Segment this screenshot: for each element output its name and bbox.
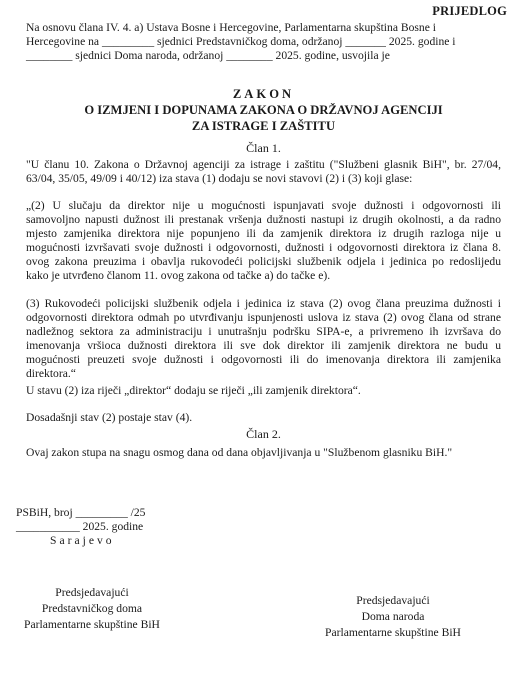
signature-line: Parlamentarne skupštine BiH: [322, 625, 464, 641]
article-1-intro: "U članu 10. Zakona o Državnoj agenciji …: [26, 158, 501, 186]
paragraph-3: (3) Rukovodeći policijski službenik odje…: [26, 297, 501, 381]
text-line: odgovornosti direktora odmah po utvrđiva…: [26, 311, 501, 325]
preamble: Na osnovu člana IV. 4. a) Ustava Bosne i…: [26, 21, 496, 63]
preamble-line: ________ sjednici Doma naroda, održanoj …: [26, 49, 496, 63]
amendment-text: U stavu (2) iza riječi „direktor“ dodaju…: [26, 384, 501, 398]
signature-line: Predsjedavajući: [18, 585, 166, 601]
signature-line: Parlamentarne skupštine BiH: [18, 617, 166, 633]
reference-number: PSBiH, broj _________ /25: [16, 506, 145, 520]
text-line: nadležnog sektora za administraciju i un…: [26, 325, 501, 339]
article-2-heading: Član 2.: [0, 427, 527, 441]
signature-line: Predsjedavajući: [322, 593, 464, 609]
renumber-text: Dosadašnji stav (2) postaje stav (4).: [26, 411, 501, 425]
text-line: „(2) U slučaju da direktor nije u mogućn…: [26, 199, 501, 213]
text-line: samovoljno napusti dužnost ili prestanak…: [26, 213, 501, 227]
text-line: "U članu 10. Zakona o Državnoj agenciji …: [26, 158, 501, 172]
reference-date: ___________ 2025. godine: [16, 520, 145, 534]
proposal-marker: PRIJEDLOG: [432, 4, 507, 18]
text-line: mogućnosti izvršavati svoje dužnosti i o…: [26, 241, 501, 255]
signature-line: Predstavničkog doma: [18, 601, 166, 617]
text-line: kako je utvrđeno članom 11. ovog zakona …: [26, 269, 501, 283]
text-line: mjesto zamjenika direktora nije popunjen…: [26, 227, 501, 241]
reference-city: Sarajevo: [16, 534, 145, 548]
text-line: mogućnosti preuzeti svoje dužnosti i odg…: [26, 353, 501, 367]
law-title-line: ZA ISTRAGE I ZAŠTITU: [0, 118, 527, 134]
document-reference: PSBiH, broj _________ /25 ___________ 20…: [16, 506, 145, 548]
preamble-line: Na osnovu člana IV. 4. a) Ustava Bosne i…: [26, 21, 496, 35]
text-line: ovog zakona preuzima i obavlja rukovodeć…: [26, 255, 501, 269]
article-2-text: Ovaj zakon stupa na snagu osmog dana od …: [26, 446, 501, 460]
preamble-line: Hercegovine na _________ sjednici Predst…: [26, 35, 496, 49]
paragraph-2: „(2) U slučaju da direktor nije u mogućn…: [26, 199, 501, 283]
law-heading: ZAKON: [0, 86, 527, 102]
text-line: direktora.“: [26, 367, 501, 381]
article-1-heading: Član 1.: [0, 141, 527, 155]
signature-block-house-of-representatives: Predsjedavajući Predstavničkog doma Parl…: [18, 585, 166, 633]
text-line: 63/04, 35/05, 49/09 i 40/12) iza stava (…: [26, 172, 501, 186]
text-line: imenovanja vršioca dužnosti direktora il…: [26, 339, 501, 353]
signature-line: Doma naroda: [322, 609, 464, 625]
law-title-line: O IZMJENI I DOPUNAMA ZAKONA O DRŽAVNOJ A…: [0, 102, 527, 118]
law-title: ZAKON O IZMJENI I DOPUNAMA ZAKONA O DRŽA…: [0, 86, 527, 134]
signature-block-house-of-peoples: Predsjedavajući Doma naroda Parlamentarn…: [322, 593, 464, 641]
text-line: (3) Rukovodeći policijski službenik odje…: [26, 297, 501, 311]
